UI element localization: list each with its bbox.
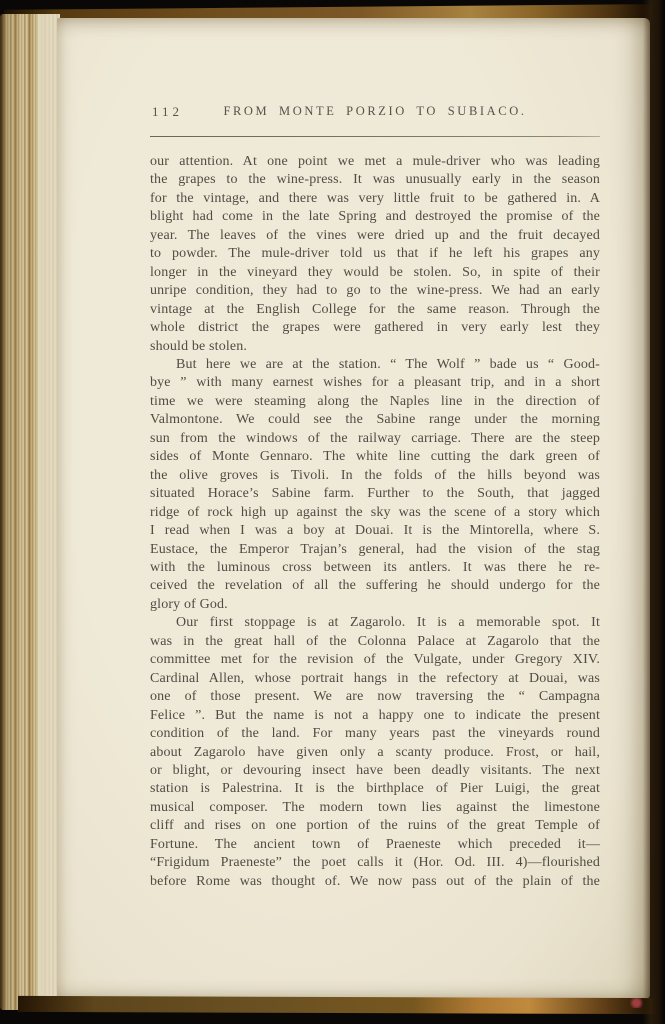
text-line: situated Horace’s Sabine farm. Further t… bbox=[150, 485, 600, 503]
text-line: cliff and rises on one portion of the ru… bbox=[150, 817, 600, 835]
page-right-edge bbox=[643, 0, 665, 1024]
text-line: “Frigidum Praeneste” the poet calls it (… bbox=[150, 854, 600, 872]
page-stack-left bbox=[0, 14, 60, 1010]
text-line: whole district the grapes were gathered … bbox=[150, 319, 600, 337]
text-line: time we were steaming along the Naples l… bbox=[150, 393, 600, 411]
text-line: ceived the revelation of all the sufferi… bbox=[150, 577, 600, 595]
text-line: unripe condition, they had to go to the … bbox=[150, 282, 600, 300]
text-line: bye ” with many earnest wishes for a ple… bbox=[150, 374, 600, 392]
text-line: sides of Monte Gennaro. The white line c… bbox=[150, 448, 600, 466]
text-line: station is Palestrina. It is the birthpl… bbox=[150, 780, 600, 798]
text-line: to powder. The mule-driver told us that … bbox=[150, 245, 600, 263]
paragraph: Our first stoppage is at Zagarolo. It is… bbox=[150, 614, 600, 891]
text-line: about Zagarolo have given only a scanty … bbox=[150, 744, 600, 762]
text-line: Eustace, the Emperor Trajan’s general, h… bbox=[150, 541, 600, 559]
text-line: or blight, or devouring insect have been… bbox=[150, 762, 600, 780]
text-line: ridge of rock high up against the sky wa… bbox=[150, 504, 600, 522]
text-line: our attention. At one point we met a mul… bbox=[150, 153, 600, 171]
paragraph: our attention. At one point we met a mul… bbox=[150, 153, 600, 356]
header-rule bbox=[150, 136, 600, 137]
running-title: FROM MONTE PORZIO TO SUBIACO. bbox=[150, 104, 600, 119]
text-line: the olive groves is Tivoli. In the folds… bbox=[150, 467, 600, 485]
text-line: condition of the land. For many years pa… bbox=[150, 725, 600, 743]
paragraph: But here we are at the station. “ The Wo… bbox=[150, 356, 600, 614]
text-line: vintage at the English College for the s… bbox=[150, 301, 600, 319]
text-line: should be stolen. bbox=[150, 338, 600, 356]
text-line: I read when I was a boy at Douai. It is … bbox=[150, 522, 600, 540]
text-line: But here we are at the station. “ The Wo… bbox=[150, 356, 600, 374]
text-line: the grapes to the wine-press. It was unu… bbox=[150, 171, 600, 189]
book-page: 112 FROM MONTE PORZIO TO SUBIACO. our at… bbox=[57, 18, 650, 1000]
text-line: longer in the vineyard they would be sto… bbox=[150, 264, 600, 282]
page-header: 112 FROM MONTE PORZIO TO SUBIACO. bbox=[150, 104, 600, 126]
text-line: for the vintage, and there was very litt… bbox=[150, 190, 600, 208]
text-line: was in the great hall of the Colonna Pal… bbox=[150, 633, 600, 651]
text-line: Felice ”. But the name is not a happy on… bbox=[150, 707, 600, 725]
text-line: Cardinal Allen, whose portrait hangs in … bbox=[150, 670, 600, 688]
text-line: before Rome was thought of. We now pass … bbox=[150, 873, 600, 891]
page-body: our attention. At one point we met a mul… bbox=[150, 153, 600, 891]
text-line: one of those present. We are now travers… bbox=[150, 688, 600, 706]
text-line: Valmontone. We could see the Sabine rang… bbox=[150, 411, 600, 429]
text-line: Our first stoppage is at Zagarolo. It is… bbox=[150, 614, 600, 632]
text-line: Fortune. The ancient town of Praeneste w… bbox=[150, 836, 600, 854]
book-scan-scene: 112 FROM MONTE PORZIO TO SUBIACO. our at… bbox=[0, 0, 665, 1024]
text-line: committee met for the revision of the Vu… bbox=[150, 651, 600, 669]
text-line: glory of God. bbox=[150, 596, 600, 614]
book-bottom-edge bbox=[18, 996, 656, 1014]
text-line: musical composer. The modern town lies a… bbox=[150, 799, 600, 817]
text-line: blight had come in the late Spring and d… bbox=[150, 208, 600, 226]
text-line: sun from the windows of the railway carr… bbox=[150, 430, 600, 448]
page-inner: 112 FROM MONTE PORZIO TO SUBIACO. our at… bbox=[57, 18, 650, 1000]
text-line: with the luminous cross between its antl… bbox=[150, 559, 600, 577]
text-line: year. The leaves of the vines were dried… bbox=[150, 227, 600, 245]
